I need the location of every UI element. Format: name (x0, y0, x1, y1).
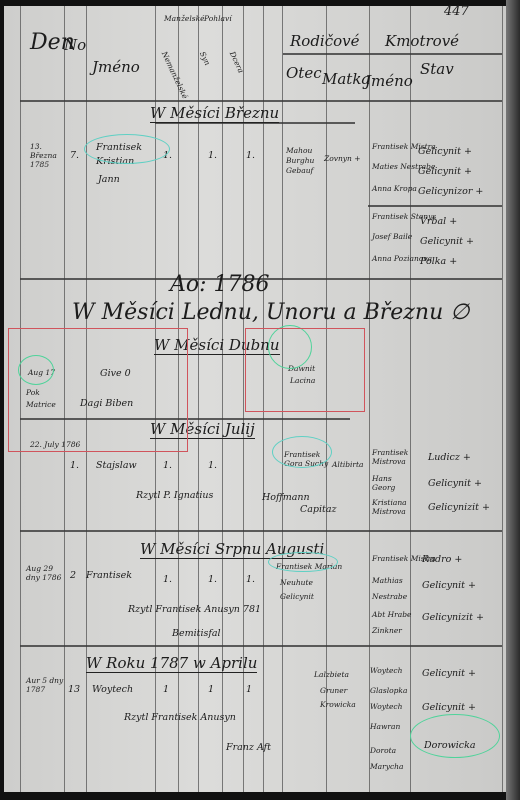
entry-mark: 1 (208, 684, 214, 696)
godparent-status: Gelicynit + (422, 668, 476, 680)
entry-number: 2 (70, 570, 76, 582)
entry-mark: 1. (163, 460, 172, 472)
godparent: Glaslopka (370, 686, 407, 695)
entry-remark: Rzytl P. Ignatius (136, 490, 213, 502)
entry-mark: 1. (208, 460, 217, 472)
entry-house: Altibirta (332, 460, 364, 469)
godparent-status: Polka + (420, 256, 457, 268)
entry-mother: Krowicka (320, 700, 356, 709)
rule-entry (368, 205, 502, 207)
entry-name: Woytech (92, 684, 133, 696)
godparent-status: Gelicynit + (420, 236, 474, 248)
rule-vertical (198, 6, 199, 792)
godparent: Josef Baile (372, 232, 412, 241)
header-status: Stav (420, 60, 454, 78)
entry-date: Aur 5 dny 1787 (26, 676, 66, 694)
godparent: Marycha (370, 762, 403, 771)
rule-vertical (222, 6, 223, 792)
entry-father-line: Neuhute (280, 578, 313, 587)
entry-date: Aug 29 dny 1786 (26, 564, 66, 582)
entry-mark: 1. (163, 574, 172, 586)
godparent-status: Ludicz + (428, 452, 471, 464)
godparent: Hans Georg (372, 474, 412, 492)
rule-vertical (410, 6, 411, 792)
entry-remark: Rzytl Frantisek Anusyn 781 (128, 604, 261, 616)
godparent-status: Gelicynizor + (418, 186, 483, 198)
godparent: Hawran (370, 722, 400, 731)
entry-remark-2: Bemitisfal (172, 628, 221, 640)
header-name: Jméno (92, 58, 140, 76)
godparent: Dorota (370, 746, 396, 755)
godparent-status: Vrbal + (420, 216, 457, 228)
entry-number: 1. (70, 460, 79, 472)
godparent-status: Gelicynit + (422, 580, 476, 592)
entry-mother: Gebauf (286, 166, 313, 175)
entry-mother: Capitaz (300, 504, 337, 516)
entry-name: Frantisek (86, 570, 132, 582)
entry-mark: 1 (246, 684, 252, 696)
header-birth-legit: Manželské (164, 14, 205, 23)
entry-date: 13. Března 1785 (30, 142, 70, 169)
rule-section (20, 645, 502, 647)
rule-section (20, 530, 502, 532)
entry-number: 13 (68, 684, 80, 696)
section-heading: W Měsíci Březnu (150, 104, 279, 123)
entry-father-line: Gelicynit (280, 592, 314, 601)
annotation-ellipse (84, 134, 170, 164)
godparent: Mathias (372, 576, 403, 585)
entry-mother: Mahou (286, 146, 312, 155)
godparent: Kristiana Mistrova (372, 498, 412, 516)
entry-mark: 1. (208, 574, 217, 586)
entry-mark: 1 (163, 684, 169, 696)
entry-name: Stajslaw (96, 460, 137, 472)
godparent: Woytech (370, 702, 402, 711)
header-godparents: Kmotrové (385, 32, 459, 50)
godparent-status: Gelicynit + (418, 166, 472, 178)
godparent: Woytech (370, 666, 402, 675)
rule-vertical (243, 6, 244, 792)
header-father: Otec (286, 64, 322, 82)
godparent-status: Radro + (422, 554, 462, 566)
section-heading: W Měsíci Lednu, Unoru a Březnu ∅ (72, 300, 469, 325)
godparent-status: Gelicynit + (418, 146, 472, 158)
header-sex: Pohlaví (204, 14, 232, 23)
year-heading: Ao: 1786 (170, 272, 270, 297)
godparent-status: Gelicynit + (422, 702, 476, 714)
header-number: No (64, 36, 86, 54)
entry-mark: 1. (246, 574, 255, 586)
godparent: Frantisek Mistrova (372, 448, 412, 466)
annotation-ellipse (272, 436, 332, 468)
entry-name-3: Jann (98, 174, 120, 186)
annotation-ellipse (268, 552, 338, 572)
rule-parents (283, 53, 502, 55)
entry-number: 7. (70, 150, 79, 162)
header-mother: Matka (322, 70, 370, 88)
annotation-rectangle (245, 328, 365, 412)
header-godparent-name: Jméno (365, 72, 413, 90)
godparent-status: Gelicynit + (428, 478, 482, 490)
godparent: Zinkner (372, 626, 402, 635)
godparent-status: Gelicynizit + (422, 612, 484, 624)
godparent: Nestrabe (372, 592, 407, 601)
entry-father-2: Hoffmann (262, 492, 310, 504)
header-parents: Rodičové (290, 32, 360, 50)
godparent-status: Gelicynizit + (428, 502, 490, 514)
entry-remark-2: Franz Aft (226, 742, 271, 754)
entry-mark: 1. (246, 150, 255, 162)
rule-vertical (502, 6, 503, 792)
rule-header (20, 100, 502, 102)
godparent: Abt Hrabe (372, 610, 411, 619)
entry-remark: Rzytl Frantisek Anusyn (124, 712, 236, 724)
book-spine (506, 0, 520, 800)
annotation-rectangle (8, 328, 188, 452)
entry-house: Zovnyn + (324, 154, 361, 163)
entry-mother: Burghu (286, 156, 314, 165)
section-heading: W Roku 1787 w Aprilu (86, 654, 257, 673)
entry-mother: Gruner (320, 686, 347, 695)
godparent: Anna Kropa (372, 184, 417, 193)
page-number: 447 (444, 4, 469, 19)
annotation-ellipse (410, 714, 500, 758)
entry-mark: 1. (208, 150, 217, 162)
entry-mother: Lalzbieta (314, 670, 349, 679)
